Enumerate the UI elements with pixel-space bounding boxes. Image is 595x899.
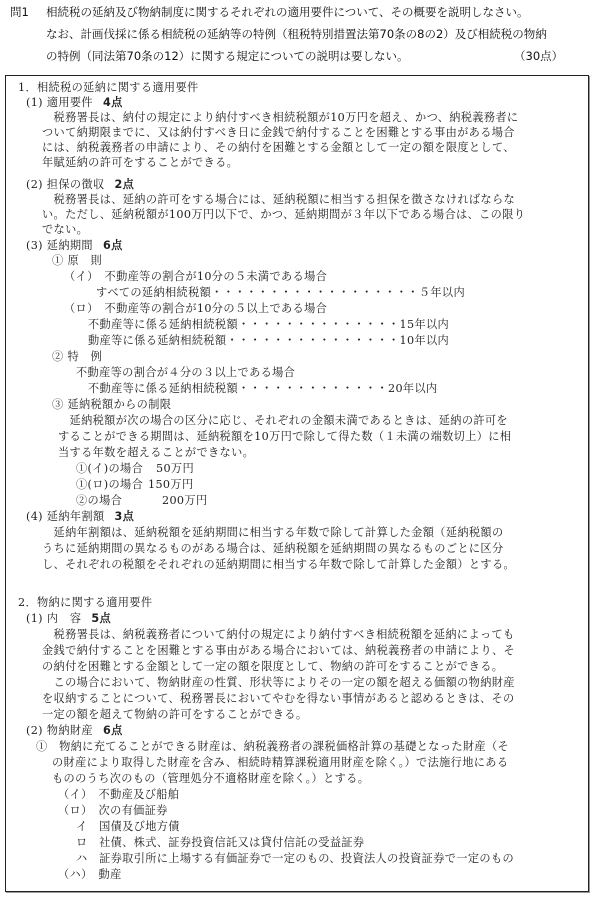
s1-p1-line: ついて納期限までに、又は納付すべき日に金銭で納付することを困難とする事由がある場…	[42, 125, 515, 140]
s1-p3-gensoku: ① 原 則	[52, 253, 102, 268]
s1-p3-tokurei-heading: 不動産等の割合が４分の３以上である場合	[76, 365, 295, 380]
s1-p4-line: 延納年割額は、延納税額を延納期間に相当する年数で除して計算した金額（延納税額の	[42, 525, 504, 540]
s2-p1-line: 金銭で納付することを困難とする事由がある場合においては、納税義務者の申請により、…	[42, 643, 515, 658]
s1-p4-line: し、それぞれの税額をそれぞれの延納期間に相当する年数で除して計算した金額）とする…	[42, 557, 515, 572]
question-line-1: 相続税の延納及び物納制度に関するそれぞれの適用要件について、その概要を説明しなさ…	[46, 4, 529, 20]
s1-p1-heading: (1) 適用要件4点	[26, 95, 123, 110]
s2-p1-line: の納付を困難とする金額として一定の額を限度として、物納の許可をすることができる。	[42, 659, 503, 674]
s2-p2-item: （ハ） 動産	[58, 867, 122, 882]
s1-p2-points: 2点	[115, 178, 135, 191]
s2-p2-heading: (2) 物納財産6点	[26, 723, 123, 738]
limit-row: ②の場合200万円	[76, 493, 207, 508]
s2-p2-item: （イ） 不動産及び船舶	[58, 787, 179, 802]
section-1-title: 1．相続税の延納に関する適用要件	[18, 80, 199, 95]
s2-p1-heading: (1) 内 容5点	[26, 611, 111, 626]
s2-p1-line: この場合において、物納財産の性質、形状等によりその一定の額を超える価額の物納財産	[42, 675, 515, 690]
section-2-title: 2．物納に関する適用要件	[18, 595, 152, 610]
s2-p1-points: 5点	[91, 612, 111, 625]
s1-p3-seigen-line: することができる期間は、延納税額を10万円で除して得た数（１未満の端数切上）に相	[58, 429, 511, 444]
s1-p4-heading: (4) 延納年割額3点	[26, 509, 134, 524]
s1-p1-points: 4点	[103, 96, 123, 109]
s1-p3-points: 6点	[103, 239, 123, 252]
s2-p1-line: 税務署長は、納税義務者について納付の規定により納付すべき相続税額を延納によっても	[42, 627, 515, 642]
s1-p3-i-row: すべての延納相続税額・・・・・・・・・・・・・・・・・・５年以内	[96, 285, 465, 300]
s1-p1-line: 年賦延納の許可をすることができる。	[42, 155, 238, 170]
s1-p3-tokurei: ② 特 例	[52, 349, 102, 364]
s2-p2-line: の財産により取得した財産を含み、相続時精算課税適用財産を除く。）で法施行地にある	[52, 755, 508, 770]
s1-p1-line: には、納税義務者の申請により、その納付を困難とする金額として一定の額を限度として…	[42, 140, 515, 155]
s1-p4-points: 3点	[115, 510, 135, 523]
s2-p2-line: もののうち次のもの（管理処分不適格財産を除く。）とする。	[52, 771, 369, 786]
s2-p1-line: を収納することについて、税務署長においてやむを得ない事情があると認めるときは、そ…	[42, 691, 515, 706]
s1-p4-line: うちに延納期間の異なるものがある場合は、延納税額を延納期間の異なるものごとに区分	[42, 541, 504, 556]
s1-p3-ro-row: 不動産等に係る延納相続税額・・・・・・・・・・・・・・15年以内	[88, 317, 449, 332]
s2-p2-item: （ロ） 次の有価証券	[58, 803, 168, 818]
answer-box: 1．相続税の延納に関する適用要件 (1) 適用要件4点 税務署長は、納付の規定に…	[5, 75, 589, 892]
s1-p1-line: 税務署長は、納付の規定により納付すべき相続税額が10万円を超え、かつ、納税義務者…	[42, 110, 518, 125]
s1-p3-tokurei-row: 不動産等に係る延納相続税額・・・・・・・・・・・・・20年以内	[88, 381, 438, 396]
limit-row: ①(イ)の場合50万円	[76, 461, 194, 476]
s1-p2-heading: (2) 担保の徴収2点	[26, 177, 134, 192]
s1-p3-seigen: ③ 延納税額からの制限	[52, 397, 171, 412]
s2-p1-line: 一定の額を超えて物納の許可をすることができる。	[42, 707, 307, 722]
s2-p2-subitem: ロ 社債、株式、証券投資信託又は貸付信託の受益証券	[76, 835, 364, 850]
s1-p2-line: い。ただし、延納税額が100万円以下で、かつ、延納期間が３年以下である場合は、こ…	[42, 207, 525, 222]
s1-p3-heading: (3) 延納期間6点	[26, 238, 123, 253]
s1-p3-seigen-line: 当する年数を超えることができない。	[58, 445, 254, 460]
s2-p2-points: 6点	[103, 724, 123, 737]
s1-p3-ro-row: 動産等に係る延納相続税額・・・・・・・・・・・・・・・10年以内	[88, 333, 449, 348]
s2-p2-subitem: イ 国債及び地方債	[76, 819, 180, 834]
s1-p3-ro-heading: （ロ） 不動産等の割合が10分の５以上である場合	[64, 301, 327, 316]
question-line-2: なお、計画伐採に係る相続税の延納等の特例（租税特別措置法第70条の8の2）及び相…	[46, 26, 547, 42]
question-points: （30点）	[514, 48, 563, 64]
limit-row: ①(ロ)の場合150万円	[76, 477, 193, 492]
s1-p3-seigen-line: 延納税額が次の場合の区分に応じ、それぞれの金額未満であるときは、延納の許可を	[58, 413, 508, 428]
s2-p2-subitem: ハ 証券取引所に上場する有価証券で一定のもの、投資法人の投資証券で一定のもの	[76, 851, 514, 866]
s2-p2-line: ① 物納に充てることができる財産は、納税義務者の課税価格計算の基礎となった財産（…	[36, 739, 509, 754]
s1-p3-i-heading: （イ） 不動産等の割合が10分の５未満である場合	[64, 269, 327, 284]
s1-p2-line: でない。	[42, 222, 88, 237]
question-number: 問1	[10, 4, 29, 20]
s1-p2-line: 税務署長は、延納の許可をする場合には、延納税額に相当する担保を徴さなければならな	[42, 192, 515, 207]
question-line-3: の特例（同法第70条の12）に関する規定についての説明は要しない。	[46, 48, 409, 64]
